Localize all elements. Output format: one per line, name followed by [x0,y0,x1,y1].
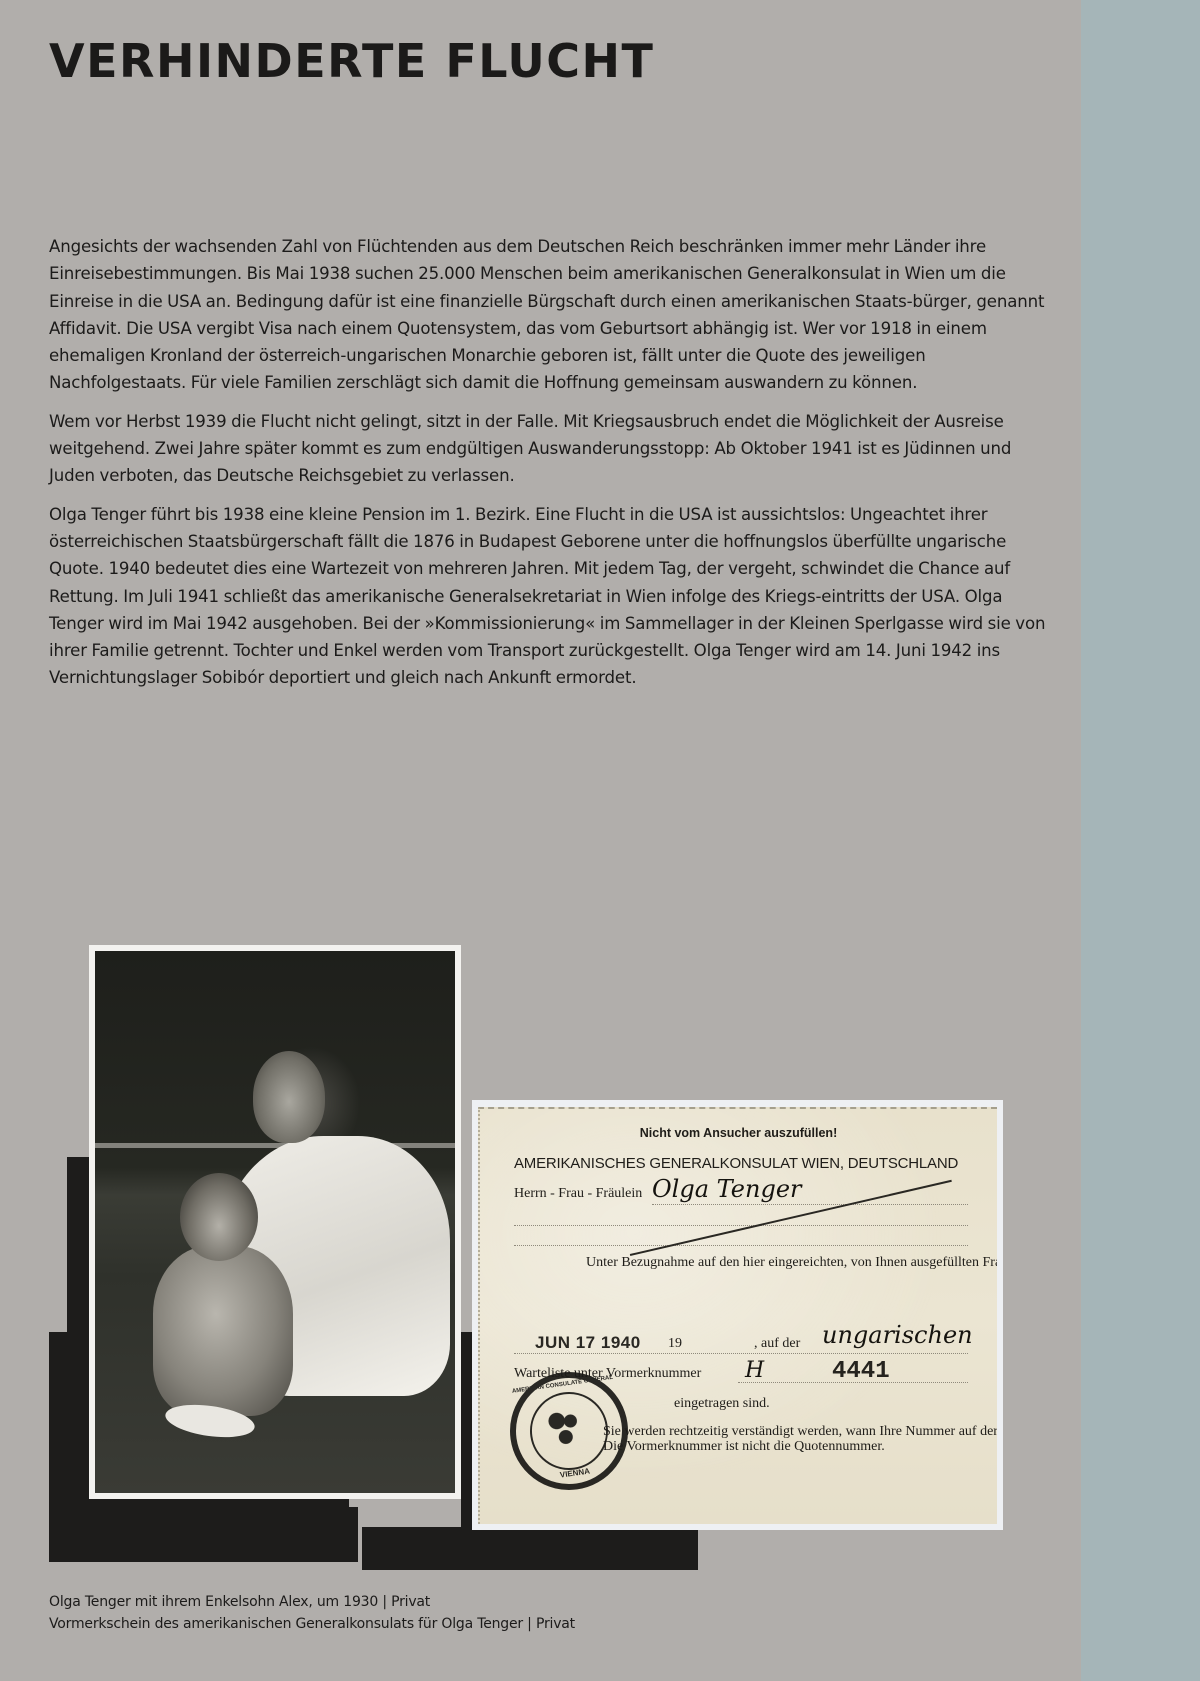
side-color-strip [1081,0,1200,1681]
document-registration-number: 4441 [832,1358,890,1385]
document-blank-line-1 [514,1225,968,1226]
document-paragraph-text: Unter Bezugnahme auf den hier eingereich… [586,1255,997,1270]
caption-document: Vormerkschein des amerikanischen General… [49,1613,575,1635]
caption-photo: Olga Tenger mit ihrem Enkelsohn Alex, um… [49,1591,575,1613]
document-paper: Nicht vom Ansucher auszufüllen! AMERIKAN… [478,1107,997,1524]
photo-child-figure [153,1246,293,1416]
document-registration-line [738,1382,968,1383]
document-paragraph: Unter Bezugnahme auf den hier eingereich… [514,1255,968,1271]
document-notes-text: Sie werden rechtzeitig verständigt werde… [603,1424,997,1439]
document-entered-text: eingetragen sind. [674,1396,770,1412]
document-consulate-heading: AMERIKANISCHES GENERALKONSULAT WIEN, DEU… [514,1155,958,1172]
page-title: VERHINDERTE FLUCHT [49,38,654,84]
document-date-line [514,1353,968,1354]
backing-block-bottom-right [362,1527,698,1570]
consulate-stamp-icon: AMERICAN CONSULATE GENERAL VIENNA [502,1364,635,1497]
document-blank-line-2 [514,1245,968,1246]
document-quota-handwritten: ungarischen [822,1321,973,1349]
paragraph-quota-system: Angesichts der wachsenden Zahl von Flüch… [49,233,1059,397]
document-date-stamp: JUN 17 1940 [535,1333,641,1353]
document-name-handwritten: Olga Tenger [652,1175,802,1203]
document-name-line [652,1204,968,1205]
paragraph-olga-tenger: Olga Tenger führt bis 1938 eine kleine P… [49,501,1059,692]
document-notice: Nicht vom Ansucher auszufüllen! [480,1126,997,1140]
document-registration-letter: H [745,1358,764,1383]
photo-woman-head [253,1051,325,1143]
document-quota-prefix: , auf der [754,1336,800,1352]
registration-document: Nicht vom Ansucher auszufüllen! AMERIKAN… [472,1100,1003,1530]
document-salutation: Herrn - Frau - Fräulein [514,1186,642,1202]
image-captions: Olga Tenger mit ihrem Enkelsohn Alex, um… [49,1591,575,1635]
photo-child-head [180,1173,258,1261]
document-year-prefix: 19 [668,1336,682,1352]
document-notes: Sie werden rechtzeitig verständigt werde… [603,1424,968,1454]
paragraph-emigration-stop: Wem vor Herbst 1939 die Flucht nicht gel… [49,408,1059,490]
family-photo [89,945,461,1499]
photo-image [95,951,455,1493]
backing-block-bottom-strip [62,1527,358,1562]
document-notes-last: Die Vormerknummer ist nicht die Quotennu… [603,1439,885,1454]
body-text: Angesichts der wachsenden Zahl von Flüch… [49,233,1059,703]
